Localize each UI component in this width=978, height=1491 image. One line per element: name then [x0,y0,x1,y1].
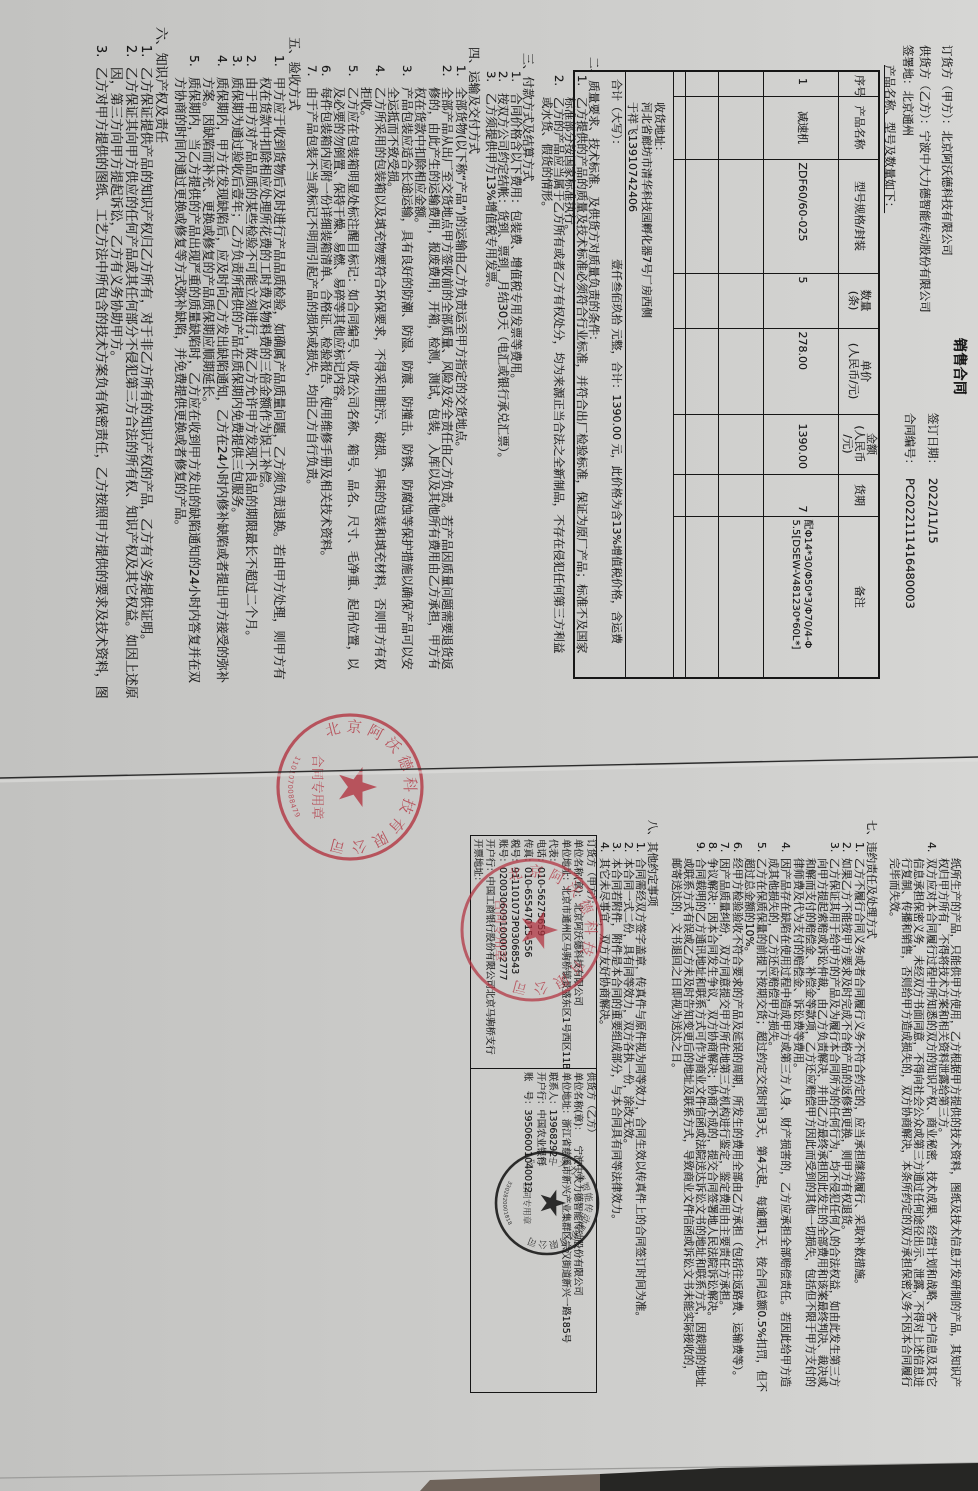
section-heading: 六、知识产权及责任 [153,27,168,699]
buyer-line: 订货方（甲方）：北京阿沃德科技有限公司 [940,45,954,256]
product-table: 序号 产品名称 型号规格/封装 数量 (条) 单价 (人民币/元) 金额 (人民… [573,70,880,679]
clause-item: 3.产品包装应适合长途运输，具有良好的防潮、防湿、防震、防撞击、防锈、防腐蚀等保… [386,47,413,699]
clause-item: 2.乙方保证其向甲方供应的任何产品或其任何部分不侵犯第三方合法的所有权、知识产权… [108,27,138,699]
clause-number: 3. [93,45,108,57]
clause-number: 4. [215,55,229,67]
label: 账 号： [522,1072,533,1110]
contract-page-2: 纸所生产的产品，只能供甲方使用，乙方根据甲方提供的技术资料，图纸及技术信息开发研… [0,765,978,1491]
buyer-label: 订货方（甲方）： [940,45,954,130]
signing-date-value: 2022/11/15 [926,478,940,544]
clause-section: 五、验收方式1.甲方应于收到货物后及时进行产品品质检验，如确属产品质量问题，乙方… [173,37,301,699]
clause-number: 1. [453,65,467,76]
value: 0200306091000032777 [497,867,508,980]
clause-number: 4. [779,842,791,852]
clause-item: 8.争议解决：因本合同发生争议，双方协商解决；协商不成的，提交合同签署地人民法院… [706,820,718,1392]
clause-number: 2. [123,45,138,57]
clause-item: 2.本合同一式二份，具有同等效力，双方各执一份，涂改无效。 [622,820,634,1392]
delivery-address-label: 收货地址： [653,102,667,677]
clause-item: 4.因产品存在缺陷在使用过程中造成甲方或第三方人身、财产损害的，乙方应承担全部赔… [767,820,791,1392]
clause-text: 因产品质量纠纷，双方同意提交甲方所在地第三方机构进行鉴定，鉴定费用由主要责任方承… [718,858,731,1311]
supplier-signature-cell: 供货方（乙方） 单位名称(章)：宁波中大力德智能传动股份有限公司 单位地址：浙江… [471,1069,596,1392]
buyer-sig-account: 账号：0200306091000032777 [495,839,508,1065]
delivery-address-cell: 收货地址：河北省廊坊市清华科技园孵化器7号厂房西侧于祥飞13910742406 [626,71,675,678]
table-header-row: 序号 产品名称 型号规格/封装 数量 (条) 单价 (人民币/元) 金额 (人民… [839,71,879,678]
clause-text: 乙方不履行合同义务或者合同履行义务不符合约定的，应当承担继续履行、采取补救措施。 [853,858,866,1290]
label: 单位地址： [560,839,571,886]
clause-item: 4.其它未尽事宜，双方友好协商解决。 [597,820,609,1392]
clause-text: 甲方应于收到货物后及时进行产品品质检验，如确属产品质量问题，乙方须负责退换。若由… [258,77,286,680]
buyer-sig-title: 订货方（甲方）： [583,839,596,1065]
clause-number: 2. [244,55,258,67]
supplier-sig-account: 账 号：39506001040012 [520,1072,533,1389]
header-unit-price: 单价 (人民币/元) [839,328,879,414]
buyer-sig-company: 单位名称(章)：北京阿沃德科技有限公司 [571,839,584,1065]
label: 单位地址： [560,1072,571,1119]
clause-item: 3.乙方保证其用于给甲方的产品及为履行本合同所为的任何行为，均不侵犯任何人的合法… [791,820,840,1392]
clause-number: 5. [345,65,359,76]
value: 北京市通州区马驹桥镇景盛东区1号西区11B [560,886,571,1069]
clause-number: 5. [755,842,767,852]
buyer-name: 北京阿沃德科技有限公司 [940,130,954,255]
clause-section: 三、付款方式及结算方式1.合同价格含以下费用：包装费、增值税专用发票等费用。2.… [484,53,534,699]
clause-number: 2. [552,75,564,86]
clause-text: 质保期为通过验收后壹年；乙方负责所提供的产品在质保期内免费提供三包服务。 [230,77,244,520]
header-amount: 金额 (人民币 /元) [839,414,879,474]
clause-item: 3.乙方须提供甲方13%增值税专用发票。 [484,53,497,699]
clause-item: 6.经甲方检验验收不符合要求的产品及延误的周期，所发生的费用全部由乙方承担（包括… [730,820,742,1392]
clause-number: 2. [497,71,510,82]
clause-item: 1.合同价格含以下费用：包装费、增值税专用发票等费用。 [509,53,522,699]
clause-text: 每件包装箱内应附一份详细装箱清单、合格证、检验报告、使用维修手册及相关技术资料。 [319,87,333,563]
clause-item: 5.乙方在保质保量的前提下按期交货；超过约定交货时间3天，第4天起，每逾期1天，… [743,820,767,1392]
total-note: 元，此价格为含13%增值税价格，含运费 [610,440,623,644]
cell-seq: 1 [764,71,839,96]
section-heading: 七、违约责任及处理方式 [865,820,877,1392]
header-remark: 备注 [839,516,879,678]
label: 开户行： [535,1072,546,1110]
cell-quantity: 5 [764,273,839,328]
clause-item: 3.本合同若附件，附件是本合同的重要组成部分，与本合同具有同等法律效力。 [610,820,622,1392]
clause-text: 如果乙方不能按甲方要求及时完成不合格产品的返修和更换，则甲方有权退货。 [840,858,853,1236]
clause-item: 5.乙方应在包装箱明显处标注醒目标记：如合同编号、收货公司名称、箱号、品名、尺寸… [332,47,359,699]
clause-number: 2. [440,65,454,76]
signing-date-label: 签订日期： [926,413,940,470]
clause-text: 合同需经双方签字盖章，传真件与原件视为同等效力，合同生效以传真件上的合同签订时间… [634,858,647,1322]
total-sum: 1390.00 [610,395,623,441]
label: 联系人： [547,1072,558,1110]
clause-number: 4. [924,842,936,852]
contract-title: 销售合同 [951,338,967,395]
clause-number: 1. [852,842,864,852]
clause-text: 合同载明的乙方通讯地址和联系方式可作为商业文件信函或法院送达诉讼文书的地址和联系… [670,858,707,1387]
total-amount-words: 壹仟叁佰玖拾 元整， [610,259,623,362]
clause-item: 2.按双方公司约定结帐：货到、票到，月结30天（电汇或银行承兑汇票）。 [497,53,510,699]
total-sum-label: 合计： [610,362,623,395]
clause-text: 由于甲方对产品品质的某些检验不可能立刻进行，故乙方允许甲方发现不良品的期限最长不… [244,77,258,643]
photo-viewport: 销售合同 订货方（甲方）：北京阿沃德科技有限公司 签订日期：2022/11/15… [0,0,978,1491]
supplier-line: 供货方（乙方）：宁波中大力德智能传动股份有限公司 [918,45,932,313]
clause-item: 7.由于产品包装不当或标记不明而引起产品的损坏或损失，均由乙方自行负责。 [305,47,319,699]
clause-text: 由于产品包装不当或标记不明而引起产品的损坏或损失，均由乙方自行负责。 [305,87,319,491]
clause-number: 5. [187,55,201,67]
clause-text: 全部产品从出厂至交货地点甲方签收前的全部质量、风险及安全责任由乙方负责。若产品因… [413,87,454,670]
supplier-sig-address: 单位地址：浙江省慈溪市新兴产业集群区宗汉街道新兴一路185号 [558,1072,571,1389]
label: 税号： [509,839,520,867]
delivery-contact: 于祥飞13910742406 [626,102,640,677]
clause-text: 乙方在保质保量的前提下按期交货；超过约定交货时间3天，第4天起，每逾期1天，按合… [743,858,768,1392]
clause-text: 争议解决：因本合同发生争议，双方协商解决；协商不成的，提交合同签署地人民法院诉讼… [706,858,719,1322]
clause-number: 3. [230,55,244,67]
buyer-sig-tax-no: 税号：911101073P03068543 [508,839,521,1065]
clause-text: 质保期内，当乙方提供的产品出现严重的质量缺陷时，乙方应在收到甲方发出的缺陷通知的… [173,77,201,683]
cell-model: ZDF60/60-025 [764,159,839,273]
signing-date-line: 签订日期：2022/11/15 [926,413,940,544]
contract-number-line: 合同编号：PC2022111416480003 [903,413,917,609]
table-row: 1 减速机 ZDF60/60-025 5 278.00 1390.00 7 配Φ… [764,71,839,678]
clause-number: 1. [634,842,646,852]
clause-text: 乙方须提供甲方13%增值税专用发票。 [484,93,498,294]
clause-text: 合同价格含以下费用：包装费、增值税专用发票等费用。 [509,93,523,385]
clause-item: 9.合同载明的乙方通讯地址和联系方式可作为商业文件信函或法院送达诉讼文书的地址和… [669,820,706,1392]
clause-text: 乙方应在包装箱明显处标注醒目标记：如合同编号、收货公司名称、箱号、品名、尺寸、毛… [332,87,360,670]
clause-number: 2. [622,842,634,852]
clause-item: 1.乙方不履行合同义务或者合同履行义务不符合约定的，应当承担继续履行、采取补救措… [852,820,864,1392]
label: 传真： [522,839,533,867]
clause-number: 2. [840,842,852,852]
clause-item: 1.乙方保证提供产品的知识产权归乙方所有，对于非乙方所有的知识产权的产品，乙方有… [138,27,153,699]
clause-number: 3. [828,842,840,852]
value: 中国工商银行股份有限公司北京马驹桥支行 [484,877,495,1055]
clause-text: 经甲方检验验收不符合要求的产品及延误的周期，所发生的费用全部由乙方承担（包括往返… [731,858,744,1382]
clause-item: 2.如果乙方不能按甲方要求及时完成不合格产品的返修和更换，则甲方有权退货。 [840,820,852,1392]
cell-amount: 1390.00 [764,414,839,474]
clause-item: 纸所生产的产品，只能供甲方使用，乙方根据甲方提供的技术资料，图纸及技术信息开发研… [937,820,961,1392]
buyer-sig-invoice-address: 开票地址： [471,839,483,1065]
section-heading: 四、运输及交付方式 [467,47,481,699]
value: 浙江省慈溪市新兴产业集群区宗汉街道新兴一路185号 [560,1119,571,1343]
clauses-page-2: 纸所生产的产品，只能供甲方使用，乙方根据甲方提供的技术资料，图纸及技术信息开发研… [597,820,961,1392]
clause-text: 乙方保证提供产品的知识产权归乙方所有，对于非乙方所有的知识产权的产品，乙方有义务… [138,67,153,647]
clause-number: 4. [597,842,609,852]
cell-product-name: 减速机 [764,96,839,159]
signature-block: 订货方（甲方）： 单位名称(章)：北京阿沃德科技有限公司 单位地址：北京市通州区… [470,835,597,1393]
cell-remark: 配Φ14*30/Φ50*3/Φ70/4-Φ 5.5[DSEW-V481230*6… [764,516,839,678]
label: 电话： [535,839,546,867]
clause-item: 3.乙方对甲方提供的图纸、工艺方法中所包含的技术方案负有保密责任，乙方按照甲方提… [93,27,108,699]
supplier-label: 供货方（乙方）： [918,45,932,130]
clause-number: 6. [730,842,742,852]
clause-item: 7.因产品质量纠纷，双方同意提交甲方所在地第三方机构进行鉴定，鉴定费用由主要责任… [718,820,730,1392]
signing-place-line: 签署地：北京通州 [901,45,915,136]
value: 北京阿沃德科技有限公司 [572,903,583,1006]
clause-number: 8. [706,842,718,852]
clause-number: 3. [399,65,413,76]
contract-number-label: 合同编号： [903,413,917,470]
label: 单位名称(章)： [572,839,583,903]
clause-number: 1. [575,75,587,86]
clause-item: 6.每件包装箱内应附一份详细装箱清单、合格证、检验报告、使用维修手册及相关技术资… [318,47,332,699]
clause-section: 八、其他约定事项1.合同需经双方签字盖章，传真件与原件视为同等效力，合同生效以传… [597,820,658,1392]
delivery-address: 河北省廊坊市清华科技园孵化器7号厂房西侧 [640,102,654,677]
value: 宁波中大力德智能传动股份有限公司 [572,1146,583,1296]
clause-item: 1.乙方提供的产品的质量及技术标准必须符合行业标准，并符合出厂检验标准，保证为原… [564,57,588,699]
supplier-sig-company: 单位名称(章)：宁波中大力德智能传动股份有限公司 [571,1072,584,1389]
buyer-signature-cell: 订货方（甲方）： 单位名称(章)：北京阿沃德科技有限公司 单位地址：北京市通州区… [471,836,596,1069]
value: 中国农业银行 [535,1110,546,1166]
clause-item: 1.甲方应于收到货物后及时进行产品品质检验，如确属产品质量问题，乙方须负责退换。… [258,37,286,699]
total-summary: 壹仟叁佰玖拾 元整，合计：1390.00 元，此价格为含13%增值税价格，含运费 [610,259,622,644]
sales-contract-document: 销售合同 订货方（甲方）：北京阿沃德科技有限公司 签订日期：2022/11/15… [0,0,978,1491]
clause-number: 1. [272,55,286,67]
clause-section: 六、知识产权及责任1.乙方保证提供产品的知识产权归乙方所有，对于非乙方所有的知识… [93,27,168,699]
clause-text: 本合同若附件，附件是本合同的重要组成部分，与本合同具有同等法律效力。 [610,858,623,1225]
value: 010-56275659 [535,867,546,936]
signing-place-label: 签署地： [901,45,915,91]
clause-item: 4.质保期内，甲方在发现缺陷后，应及时向乙方发出缺陷通知，乙方在24小时内修补缺… [201,37,229,699]
clause-number: 9. [694,842,706,852]
clause-item: 3.质保期为通过验收后壹年；乙方负责所提供的产品在质保期内免费提供三包服务。 [230,37,244,699]
clause-item: 2.全部产品从出厂至交货地点甲方签收前的全部质量、风险及安全责任由乙方负责。若产… [413,47,454,699]
clause-text: 因产品存在缺陷在使用过程中造成甲方或第三方人身、财产损害的，乙方应承担全部赔偿责… [767,858,792,1387]
clause-text: 双方应对本合同履行过程中所知悉的双方的知识产权、商业秘密、技术成果、经营计划和战… [888,858,938,1387]
table-row-empty [719,71,764,678]
table-row-empty [686,71,719,678]
total-label: 合计（大写）： [610,79,622,151]
clause-number: 7. [305,65,319,76]
label: 开票地址： [472,839,483,886]
clause-number: 1. [138,45,153,57]
clause-text: 乙方保证其用于给甲方的产品及为履行本合同所为的任何行为，均不侵犯任何人的合法权益… [792,858,842,1387]
clause-section: 四、运输及交付方式1.全部货物(以下称“产品”)的运输由乙方负责运至甲方指定的交… [305,47,481,699]
label: 单位名称(章)： [572,1072,583,1136]
section-heading: 三、付款方式及结算方式 [522,53,535,699]
value: 13968292 [547,1110,558,1158]
clause-text: 本合同一式二份，具有同等效力，双方各执一份，涂改无效。 [622,858,635,1150]
clause-number: 6. [318,65,332,76]
clause-text: 乙方所采用的包装箱以及填充物要符合环保要求，不得采用脏污、破损、异味的包装和填充… [359,87,387,670]
clause-text: 乙方的产品应当属于乙方所有或者乙方有权处分，均为来源正当合法之全新制品，不存在侵… [540,97,566,654]
clauses-page-1: 二、质量要求、技术标准、及供货方对质量负责的条件：1.乙方提供的产品的质量及技术… [93,47,599,699]
cell-lead-time: 7 [764,474,839,516]
header-seq: 序号 [839,71,879,96]
supplier-sig-bank: 开户行：中国农业银行 [533,1072,546,1389]
label: 账号： [497,839,508,867]
value: 010-65547015-556 [522,867,533,957]
header-model: 型号规格/封装 [839,159,879,273]
clause-section: 七、违约责任及处理方式1.乙方不履行合同义务或者合同履行义务不符合约定的，应当承… [669,820,876,1392]
clause-text: 产品包装应适合长途运输，具有良好的防潮、防湿、防震、防撞击、防锈、防腐蚀等保护措… [386,87,414,670]
signing-place-value: 北京通州 [901,91,915,137]
header-quantity: 数量 (条) [839,273,879,328]
clause-text: 全部货物(以下称“产品”)的运输由乙方负责运至甲方指定的交货地点。 [454,87,468,453]
clause-text: 乙方提供的产品的质量及技术标准必须符合行业标准，并符合出厂检验标准，保证为原厂产… [563,97,589,654]
clause-number: 7. [718,842,730,852]
clause-text: 其它未尽事宜，双方友好协商解决。 [598,858,611,1031]
contract-page-1: 销售合同 订货方（甲方）：北京阿沃德科技有限公司 签订日期：2022/11/15… [0,0,978,765]
clause-section: 纸所生产的产品，只能供甲方使用，乙方根据甲方提供的技术资料，图纸及技术信息开发研… [888,820,961,1392]
clause-item: 1.合同需经双方签字盖章，传真件与原件视为同等效力，合同生效以传真件上的合同签订… [634,820,646,1392]
clause-text: 按双方公司约定结帐：货到、票到，月结30天（电汇或银行承兑汇票）。 [496,93,510,464]
buyer-sig-bank: 开户行：中国工商银行股份有限公司北京马驹桥支行 [483,839,496,1065]
section-heading: 八、其他约定事项 [646,820,658,1392]
value: 911101073P03068543 [509,867,520,974]
clause-text: 乙方对甲方提供的图纸、工艺方法中所包含的技术方案负有保密责任，乙方按照甲方提供的… [93,67,108,699]
clause-number: 4. [372,65,386,76]
clause-text: 质保期内，甲方在发现缺陷后，应及时向乙方发出缺陷通知，乙方在24小时内修补缺陷或… [201,77,229,683]
value: 39506001040012 [522,1110,533,1194]
clause-number: 1. [509,71,522,82]
label: 开户行： [484,839,495,877]
header-lead-time: 货期 [839,474,879,516]
label: 代表： [547,839,558,867]
supplier-name: 宁波中大力德智能传动股份有限公司 [918,130,932,312]
header-product-name: 产品名称 [839,96,879,159]
buyer-sig-representative: 代表： [546,839,559,1065]
buyer-sig-phone: 电话：010-56275659 [533,839,546,1065]
clause-item: 2.由于甲方对产品品质的某些检验不可能立刻进行，故乙方允许甲方发现不良品的期限最… [244,37,258,699]
buyer-sig-address: 单位地址：北京市通州区马驹桥镇景盛东区1号西区11B [558,839,571,1065]
supplier-sig-contact: 联系人：13968292 [546,1072,559,1389]
buyer-sig-fax: 传真：010-65547015-556 [520,839,533,1065]
clause-number: 3. [610,842,622,852]
products-intro: 产品名称、型号及数量如下： [883,65,897,213]
clause-item: 1.全部货物(以下称“产品”)的运输由乙方负责运至甲方指定的交货地点。 [453,47,467,699]
clause-item: 2.乙方的产品应当属于乙方所有或者乙方有权处分，均为来源正当合法之全新制品，不存… [540,57,564,699]
clause-text: 纸所生产的产品，只能供甲方使用，乙方根据甲方提供的技术资料，图纸及技术信息开发研… [937,858,962,1387]
supplier-sig-title: 供货方（乙方） [583,1072,596,1389]
delivery-address-row: 收货地址：河北省廊坊市清华科技园孵化器7号厂房西侧于祥飞13910742406 [626,71,675,678]
cell-unit-price: 278.00 [764,328,839,414]
section-heading: 五、验收方式 [286,37,300,699]
clause-number: 3. [484,71,497,82]
table-row-empty [674,71,686,678]
clause-text: 乙方保证其向甲方供应的任何产品或其任何部分不侵犯第三方合法的所有权、知识产权及其… [108,67,138,699]
clause-item: 4.乙方所采用的包装箱以及填充物要符合环保要求，不得采用脏污、破损、异味的包装和… [359,47,386,699]
clause-section: 二、质量要求、技术标准、及供货方对质量负责的条件：1.乙方提供的产品的质量及技术… [540,57,599,699]
clause-item: 4.双方应对本合同履行过程中所知悉的双方的知识产权、商业秘密、技术成果、经营计划… [888,820,937,1392]
clause-item: 5.质保期内，当乙方提供的产品出现严重的质量缺陷时，乙方应在收到甲方发出的缺陷通… [173,37,201,699]
contract-number-value: PC2022111416480003 [903,478,917,609]
